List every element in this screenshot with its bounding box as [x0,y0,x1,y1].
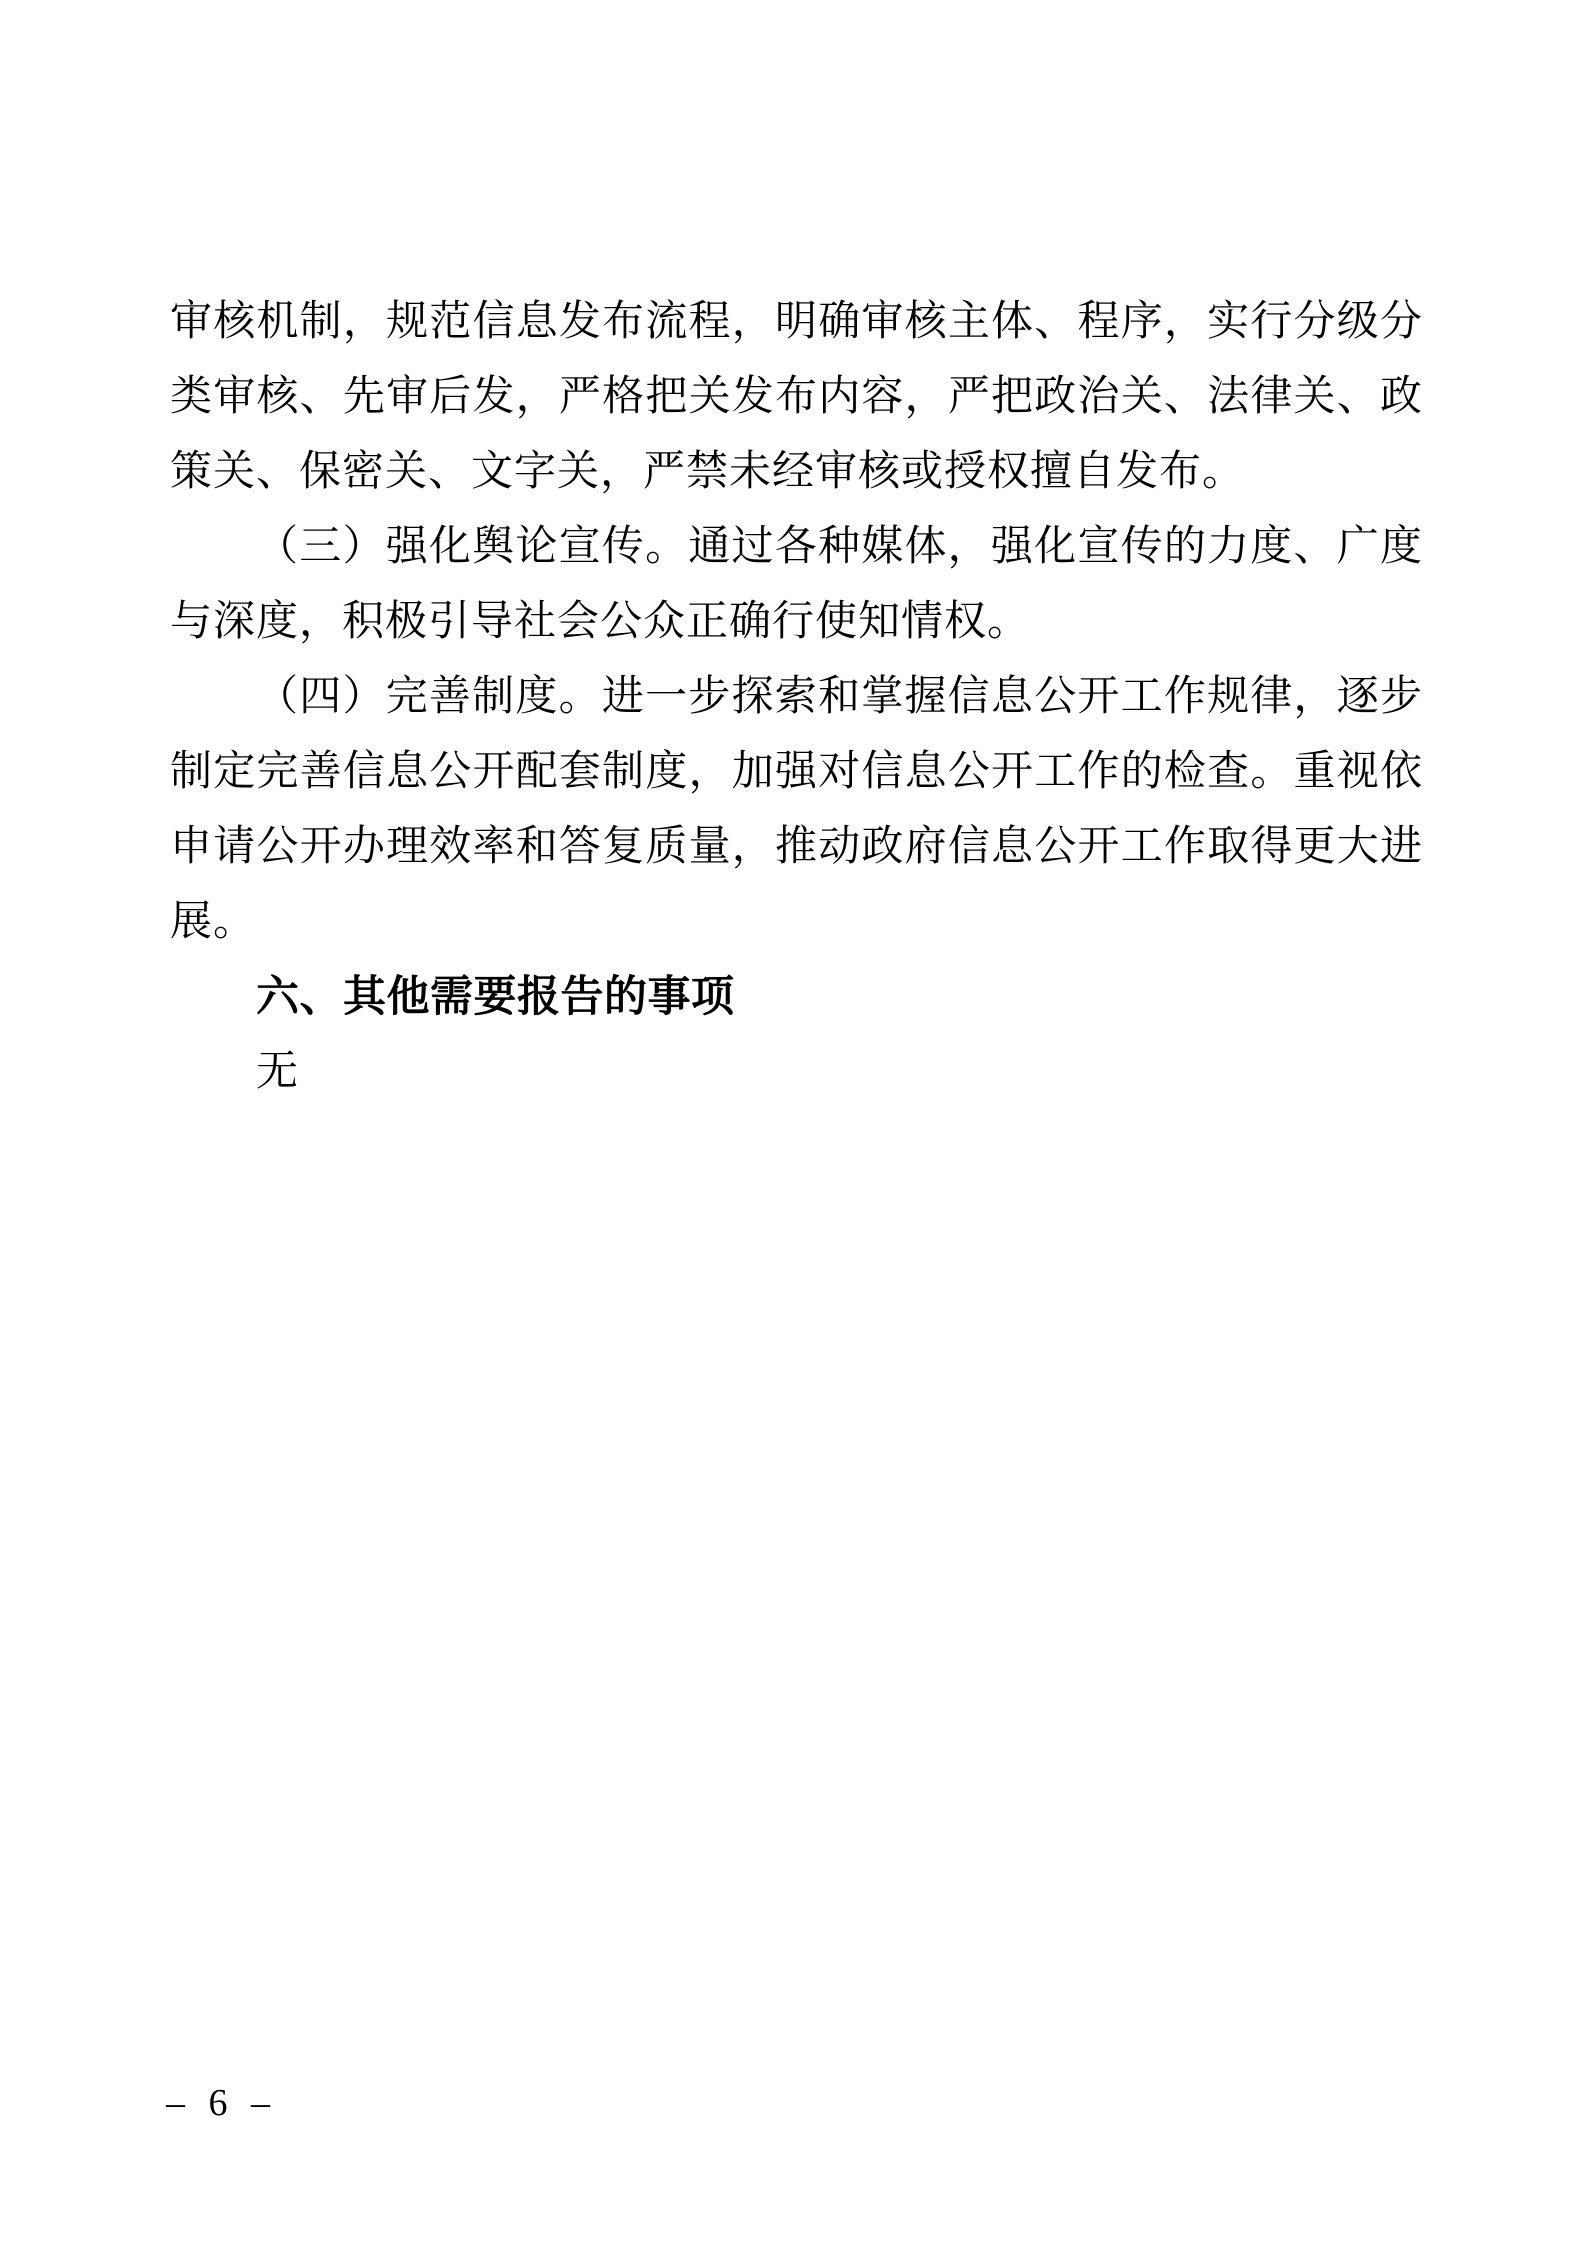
page-number: – 6 – [166,2083,272,2123]
text-block: 审核机制，规范信息发布流程，明确审核主体、程序，实行分级分 类审核、先审后发，严… [170,285,1423,1110]
body-line: 制定完善信息公开配套制度，加强对信息公开工作的检查。重视依 [170,735,1423,810]
body-line: （三）强化舆论宣传。通过各种媒体，强化宣传的力度、广度 [170,510,1423,585]
section-content: 无 [170,1035,1423,1110]
body-line: 策关、保密关、文字关，严禁未经审核或授权擅自发布。 [170,435,1423,510]
section-heading: 六、其他需要报告的事项 [170,960,1423,1035]
body-line: 审核机制，规范信息发布流程，明确审核主体、程序，实行分级分 [170,285,1423,360]
body-line: 申请公开办理效率和答复质量，推动政府信息公开工作取得更大进 [170,810,1423,885]
body-line: 类审核、先审后发，严格把关发布内容，严把政治关、法律关、政 [170,360,1423,435]
body-line: 展。 [170,885,1423,960]
body-line: 与深度，积极引导社会公众正确行使知情权。 [170,585,1423,660]
body-line: （四）完善制度。进一步探索和掌握信息公开工作规律，逐步 [170,660,1423,735]
document-page: 审核机制，规范信息发布流程，明确审核主体、程序，实行分级分 类审核、先审后发，严… [0,0,1587,2245]
